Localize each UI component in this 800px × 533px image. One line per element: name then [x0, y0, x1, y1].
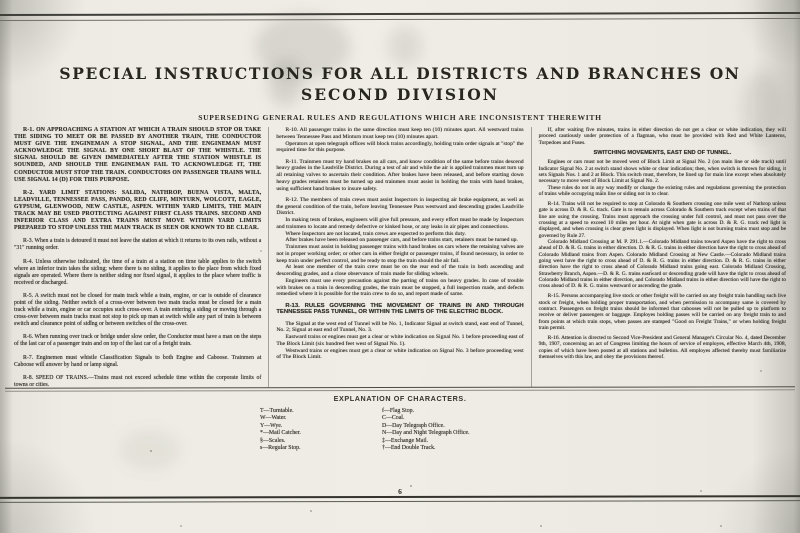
rule-R-1: R-1. ON APPROACHING A STATION AT WHICH A… — [14, 127, 261, 184]
rules-columns: R-1. ON APPROACHING A STATION AT WHICH A… — [7, 127, 793, 387]
switching-movements-par-2: These rules do not in any way modify or … — [539, 185, 786, 198]
explanation-item: W—Water. — [260, 415, 360, 422]
rule-R-10: R-10. All passenger trains in the same d… — [276, 127, 523, 141]
rule-R-10-cont: Operators at open telegraph offices will… — [276, 141, 523, 155]
top-border-rule — [0, 12, 800, 21]
rule-R-13-heading: R-13. RULES GOVERNING THE MOVEMENT OF TR… — [276, 303, 523, 317]
rule-R-15: R-15. Persons accompanying live stock or… — [539, 293, 786, 331]
explanation-list-left: T—Turntable.W—Water.Y—Wye.*—Mail Catcher… — [260, 408, 360, 452]
page-header: SPECIAL INSTRUCTIONS FOR ALL DISTRICTS A… — [0, 64, 800, 122]
explanation-item: C—Coal. — [382, 415, 540, 422]
rule-R-16: R-16. Attention is directed to Second Vi… — [539, 335, 786, 360]
rule-R-12: R-12. The members of train crews must as… — [276, 197, 523, 217]
explanation-list-right: f—Flag Stop.C—Coal.D—Day Telegraph Offic… — [382, 408, 540, 452]
rule-R-13-cont-3: Westward trains or engines must get a cl… — [276, 348, 523, 362]
explanation-item: †—End Double Track. — [382, 445, 540, 452]
rule-R-12-cont-6: Engineers must use every precaution agai… — [276, 278, 523, 298]
rule-R-14-cont: Colorado Midland Crossing at M. P. 291.1… — [539, 239, 786, 290]
column-left: R-1. ON APPROACHING A STATION AT WHICH A… — [7, 127, 268, 387]
rule-R-14: R-14. Trains will not be required to sto… — [539, 201, 786, 239]
section-divider-rule — [5, 386, 795, 391]
rule-R-12-cont-4: Trainmen must assist in holding passenge… — [276, 244, 523, 264]
rule-R-13-cont-1: The Signal at the west end of Tunnel wil… — [276, 321, 523, 335]
rule-R-4: R-4. Unless otherwise indicated, the tim… — [14, 259, 261, 287]
bottom-border-rule — [0, 495, 800, 499]
explanation-item: *—Mail Catcher. — [260, 430, 360, 437]
explanation-item: ‡—Exchange Mail. — [382, 438, 540, 445]
explanation-item: s—Regular Stop. — [260, 445, 360, 452]
explanation-item: N—Day and Night Telegraph Office. — [382, 430, 540, 437]
column-middle: R-10. All passenger trains in the same d… — [268, 127, 530, 387]
page-title-line2: SECOND DIVISION — [0, 85, 800, 104]
bottom-border-rule-2 — [0, 500, 800, 503]
rule-R-5: R-5. A switch must not be closed for mai… — [14, 293, 261, 328]
explanation-lists: T—Turntable.W—Water.Y—Wye.*—Mail Catcher… — [0, 408, 800, 452]
rule-R-3: R-3. When a train is detoured it must no… — [14, 238, 261, 252]
rule-R-6: R-6. When running over track or bridge u… — [14, 334, 261, 348]
rule-R-8: R-8. SPEED OF TRAINS.—Trains must not ex… — [14, 375, 261, 387]
rule-R-12-cont-1: In making tests of brakes, engineers wil… — [276, 217, 523, 231]
explanation-of-characters: EXPLANATION OF CHARACTERS. T—Turntable.W… — [0, 394, 800, 452]
switching-movements-heading: SWITCHING MOVEMENTS, EAST END OF TUNNEL. — [539, 150, 786, 156]
explanation-item: §—Scales. — [260, 438, 360, 445]
page-subtitle: SUPERSEDING GENERAL RULES AND REGULATION… — [0, 113, 800, 122]
switching-movements-par-1: Engines or cars must not be moved west o… — [539, 159, 786, 184]
explanation-item: f—Flag Stop. — [382, 408, 540, 415]
rule-R-13-cont-4: If, after waiting five minutes, trains i… — [539, 127, 786, 146]
rule-R-13-cont-2: Eastward trains or engines must get a cl… — [276, 334, 523, 348]
ink-smudge — [388, 26, 422, 66]
rule-R-11: R-11. Trainmen must try hand brakes on a… — [276, 159, 523, 193]
rule-R-2: R-2. YARD LIMIT STATIONS: SALIDA, NATHRO… — [14, 190, 261, 233]
explanation-heading: EXPLANATION OF CHARACTERS. — [0, 394, 800, 403]
rule-R-12-cont-5: At least one member of the train crew mu… — [276, 264, 523, 278]
page-title-line1: SPECIAL INSTRUCTIONS FOR ALL DISTRICTS A… — [0, 64, 800, 83]
scanned-page: SPECIAL INSTRUCTIONS FOR ALL DISTRICTS A… — [0, 0, 800, 533]
column-right: If, after waiting five minutes, trains i… — [531, 127, 793, 387]
rule-R-12-cont-3: After brakes have been released on passe… — [276, 237, 523, 244]
rule-R-7: R-7. Enginemen must whistle Classificati… — [14, 355, 261, 369]
